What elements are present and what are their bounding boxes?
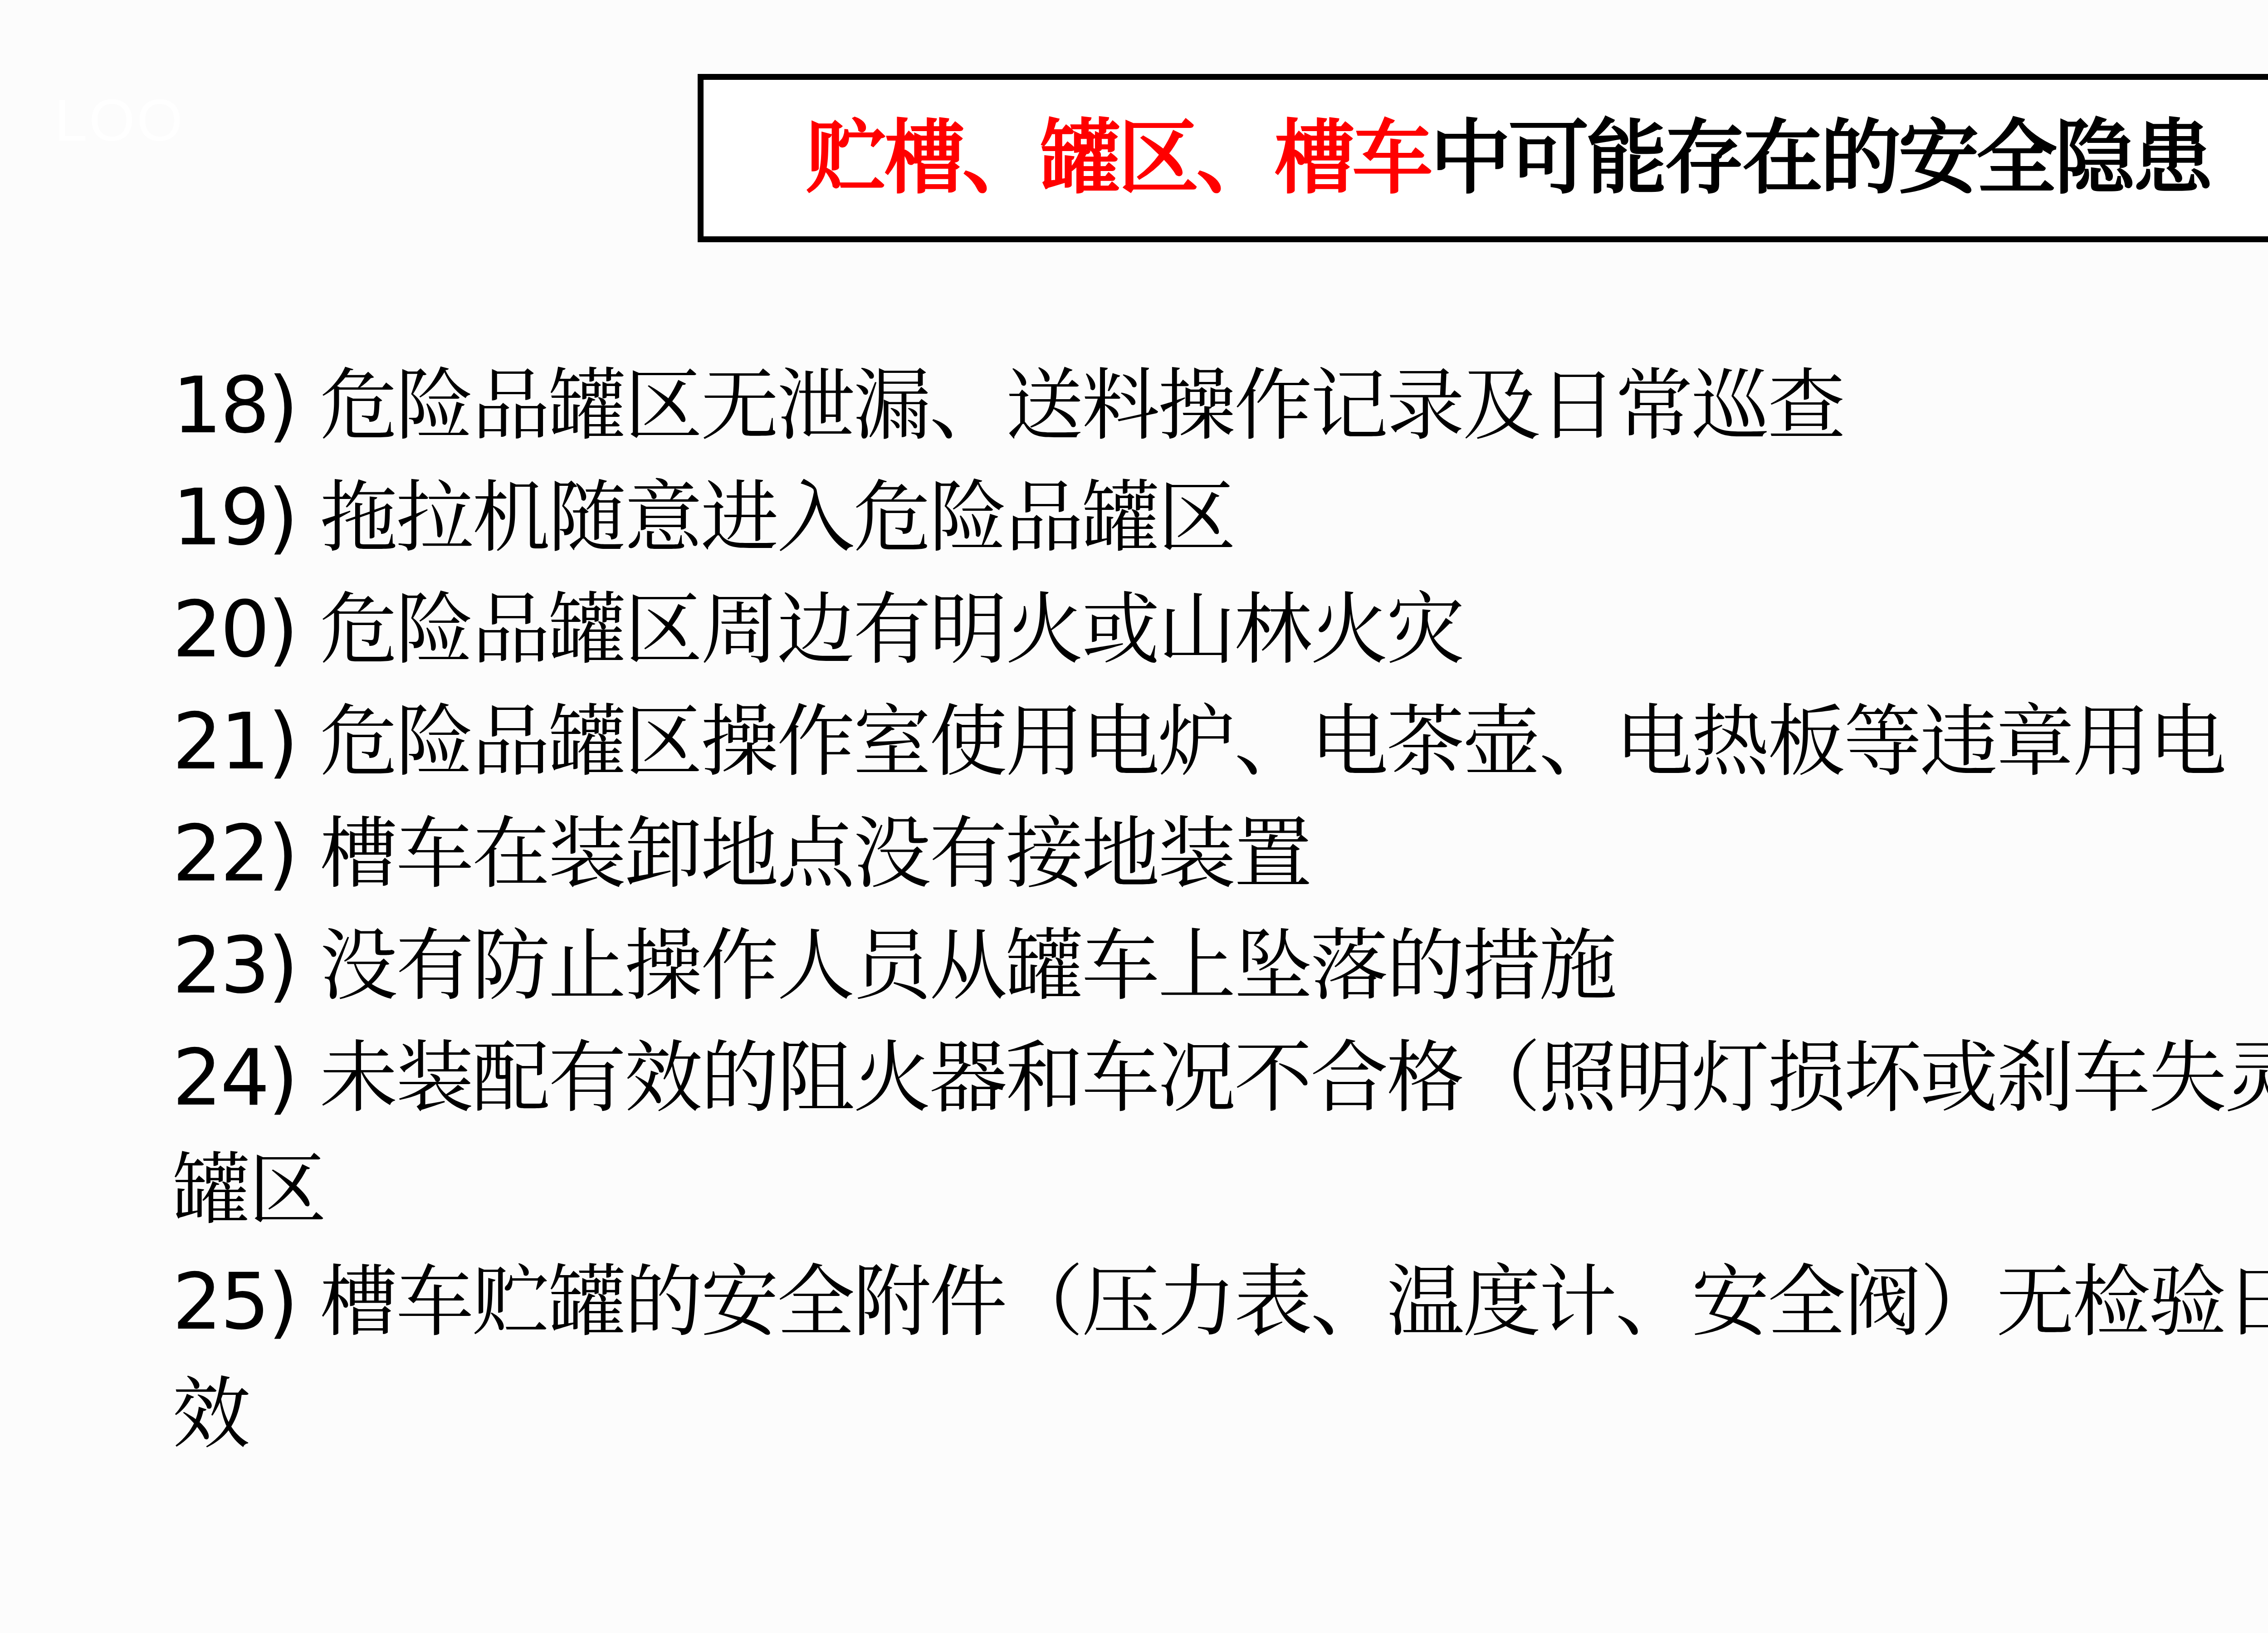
title-highlight: 贮槽、罐区、槽车 (806, 111, 1430, 205)
list-item: 24) 未装配有效的阻火器和车况不合格（照明灯损坏或刹车失灵）槽车进入罐区 (172, 1022, 2268, 1246)
hazard-list: 18) 危险品罐区无泄漏、送料操作记录及日常巡查 19) 拖拉机随意进入危险品罐… (172, 349, 2268, 1470)
list-item: 22) 槽车在装卸地点没有接地装置 (172, 797, 2268, 909)
list-item: 21) 危险品罐区操作室使用电炉、电茶壶、电热板等违章用电 (172, 685, 2268, 797)
list-item: 25) 槽车贮罐的安全附件（压力表、温度计、安全阀）无检验日期或存在失效 (172, 1246, 2268, 1470)
list-item: 23) 没有防止操作人员从罐车上坠落的措施 (172, 909, 2268, 1022)
list-item: 18) 危险品罐区无泄漏、送料操作记录及日常巡查 (172, 349, 2268, 461)
title-rest: 中可能存在的安全隐患 (1430, 111, 2210, 205)
title-box: 贮槽、罐区、槽车中可能存在的安全隐患 (698, 74, 2268, 242)
logo-placeholder: LOO (54, 86, 185, 154)
list-item: 19) 拖拉机随意进入危险品罐区 (172, 461, 2268, 573)
list-item: 20) 危险品罐区周边有明火或山林火灾 (172, 573, 2268, 685)
page-title: 贮槽、罐区、槽车中可能存在的安全隐患 (806, 118, 2210, 199)
